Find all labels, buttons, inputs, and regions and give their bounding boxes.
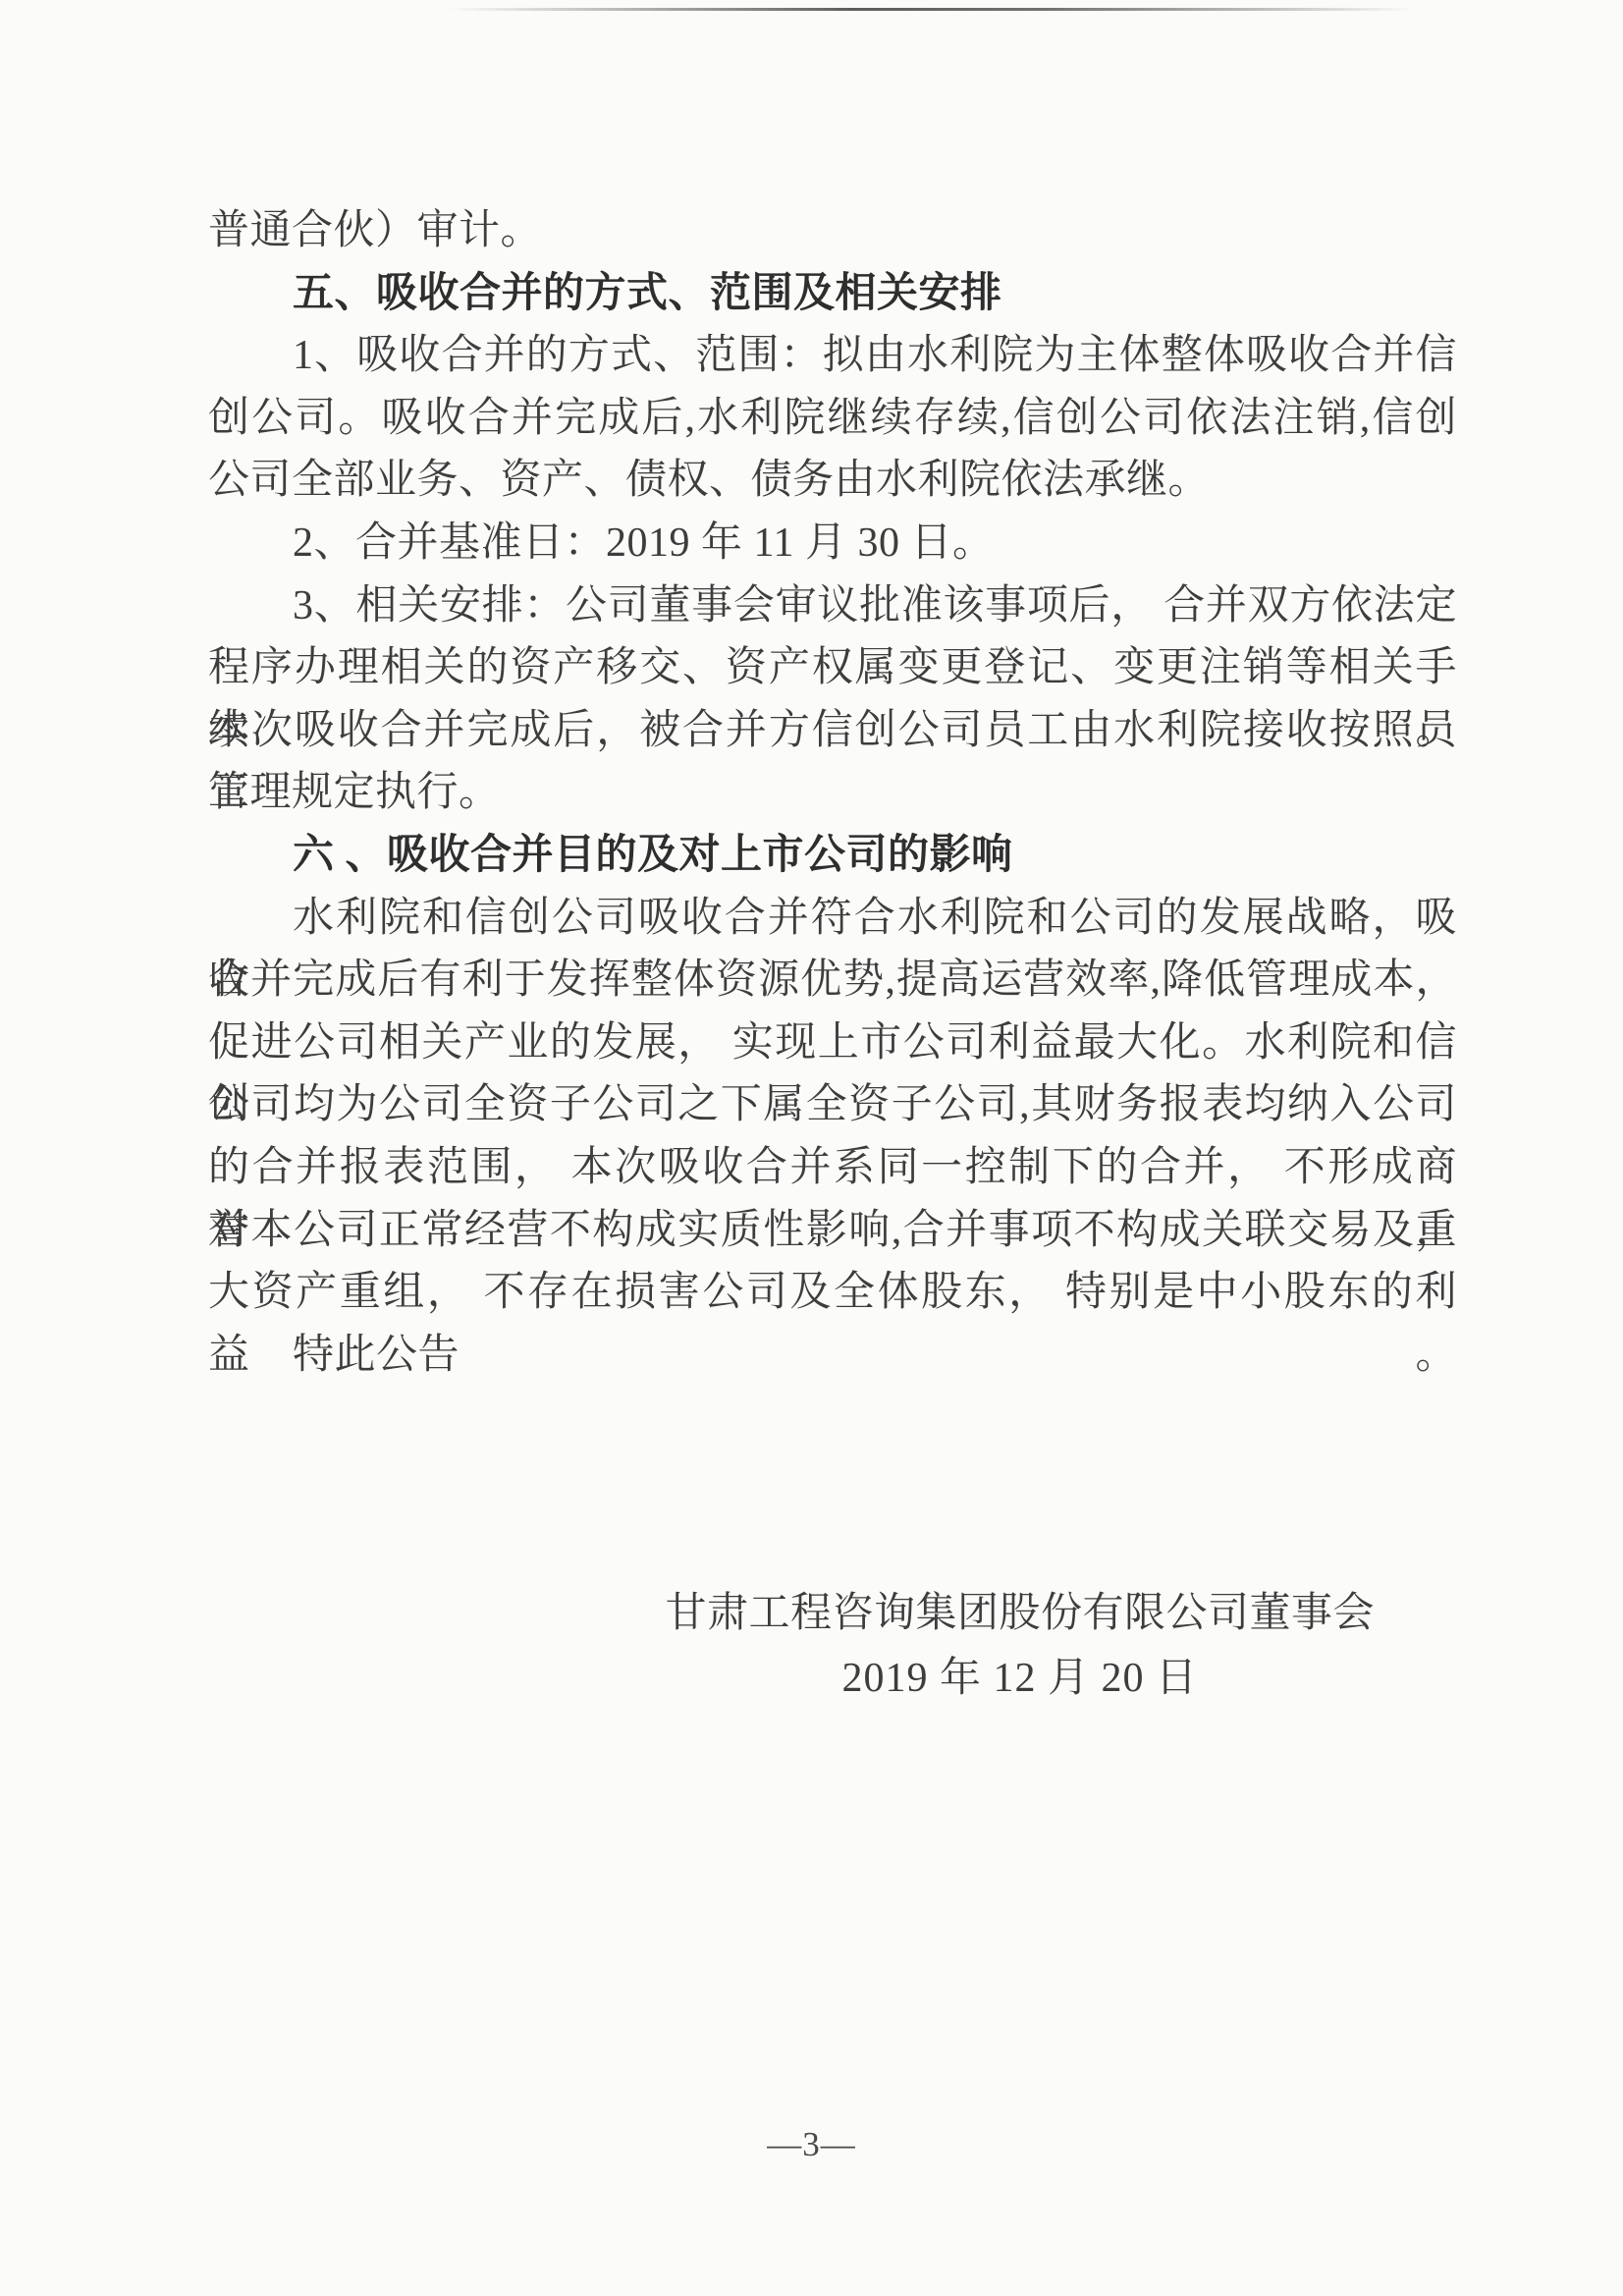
signature-block: 甘肃工程咨询集团股份有限公司董事会 2019 年 12 月 20 日 [665,1583,1375,1710]
document-body: 普通合伙）审计。 五、吸收合并的方式、范围及相关安排 1、吸收合并的方式、范围：… [208,200,1457,1387]
document-line: 水利院和信创公司吸收合并符合水利院和公司的发展战略，吸收 [208,888,1457,951]
merger-base-date-line: 2、合并基准日：2019 年 11 月 30 日。 [208,513,1457,575]
scanned-announcement-page: { "page": { "background": "#fbfbf9", "te… [0,0,1623,2296]
document-line: 合并完成后有利于发挥整体资源优势,提高运营效率,降低管理成本， [208,950,1457,1012]
document-line: 创公司。吸收合并完成后,水利院继续存续,信创公司依法注销,信创 [208,388,1457,451]
document-line: 3、相关安排：公司董事会审议批准该事项后， 合并双方依法定 [208,575,1457,638]
document-line: 的合并报表范围， 本次吸收合并系同一控制下的合并， 不形成商誉， [208,1137,1457,1200]
document-line: 促进公司相关产业的发展， 实现上市公司利益最大化。水利院和信创 [208,1012,1457,1075]
section-heading-6: 六 、吸收合并目的及对上市公司的影响 [208,825,1457,888]
document-line: 大资产重组， 不存在损害公司及全体股东， 特别是中小股东的利益。 [208,1262,1457,1325]
paragraph-continuation-line: 普通合伙）审计。 [208,200,1457,263]
scan-artifact-line [447,8,1414,11]
document-line: 公司均为公司全资子公司之下属全资子公司,其财务报表均纳入公司 [208,1074,1457,1137]
document-line: 1、吸收合并的方式、范围：拟由水利院为主体整体吸收合并信 [208,325,1457,388]
signature-company-name: 甘肃工程咨询集团股份有限公司董事会 [665,1583,1375,1646]
section-heading-5: 五、吸收合并的方式、范围及相关安排 [208,263,1457,326]
document-line: 程序办理相关的资产移交、资产权属变更登记、变更注销等相关手续。 [208,637,1457,700]
document-line: 本次吸收合并完成后，被合并方信创公司员工由水利院接收按照员工 [208,700,1457,763]
page-number: —3— [0,2125,1623,2164]
document-line: 公司全部业务、资产、债权、债务由水利院依法承继。 [208,450,1457,513]
document-line: 对本公司正常经营不构成实质性影响,合并事项不构成关联交易及重 [208,1200,1457,1263]
signature-date: 2019 年 12 月 20 日 [665,1648,1375,1711]
document-line: 管理规定执行。 [208,762,1457,825]
